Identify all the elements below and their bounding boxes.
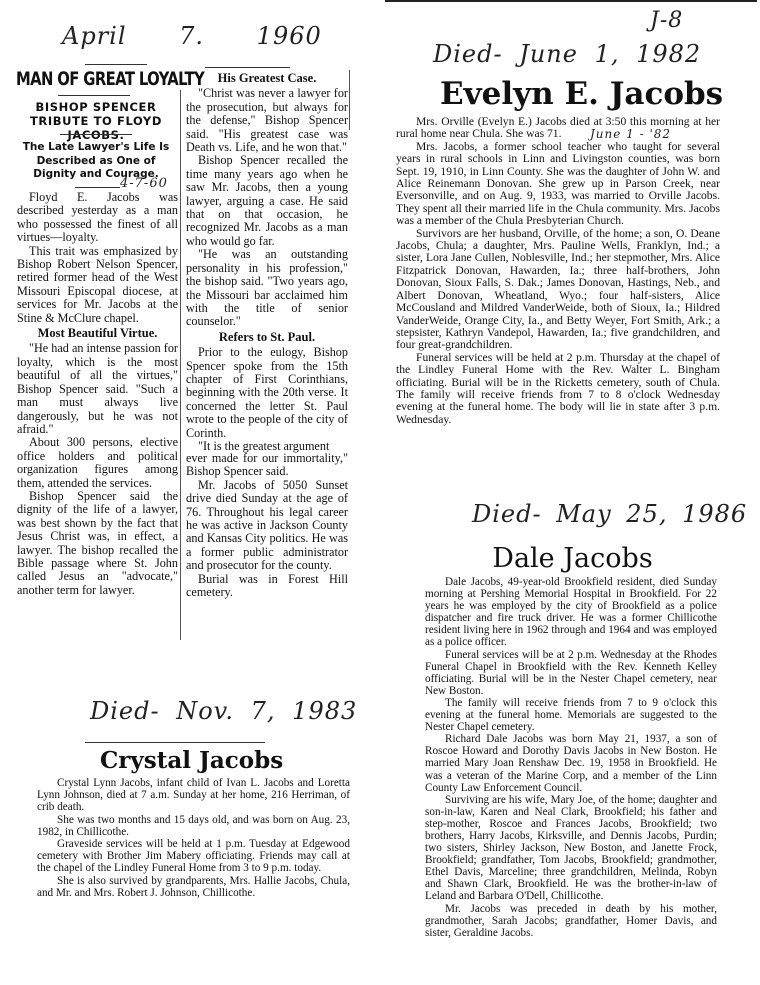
- handwritten-date: Died- May 25, 1986: [472, 500, 747, 528]
- paragraph: Funeral services will be held at 2 p.m. …: [396, 352, 720, 426]
- paragraph: She is also survived by grandparents, Mr…: [37, 875, 350, 899]
- paragraph: Crystal Lynn Jacobs, infant child of Iva…: [37, 777, 350, 814]
- article-body: Mrs. Orville (Evelyn E.) Jacobs died at …: [396, 116, 720, 426]
- headline: Dale Jacobs: [480, 543, 665, 575]
- subheading: Most Beautiful Virtue.: [17, 327, 178, 340]
- article-body: Dale Jacobs, 49-year-old Brookfield resi…: [425, 576, 717, 939]
- paragraph: Bishop Spencer recalled the time many ye…: [186, 154, 348, 248]
- paragraph: Surviving are his wife, Mary Joe, of the…: [425, 794, 717, 903]
- paragraph: Mr. Jacobs of 5050 Sunset drive died Sun…: [186, 479, 348, 573]
- article-column-1: Floyd E. Jacobs was described yesterday …: [17, 191, 178, 597]
- paragraph: The family will receive friends from 7 t…: [425, 697, 717, 733]
- column-rule: [349, 70, 350, 130]
- paragraph: Graveside services will be held at 1 p.m…: [37, 838, 350, 875]
- divider: [58, 95, 130, 96]
- divider: [205, 67, 290, 68]
- headline: MAN OF GREAT LOYALTY: [16, 68, 204, 90]
- headline: Crystal Jacobs: [100, 747, 280, 775]
- handwritten-date: Died- Nov. 7, 1983: [90, 697, 357, 725]
- paragraph: "Christ was never a lawyer for the prose…: [186, 87, 348, 154]
- article-column-2: His Greatest Case. "Christ was never a l…: [186, 70, 348, 453]
- paragraph: Mr. Jacobs was preceded in death by his …: [425, 903, 717, 939]
- paragraph: Richard Dale Jacobs was born May 21, 193…: [425, 733, 717, 793]
- article-column-2-continued: ever made for our immortality," Bishop S…: [186, 452, 348, 599]
- paragraph: Mrs. Jacobs, a former school teacher who…: [396, 141, 720, 228]
- paragraph: "He was an outstanding personality in hi…: [186, 248, 348, 328]
- subheading: Refers to St. Paul.: [186, 331, 348, 344]
- divider: [75, 187, 120, 188]
- headline: Evelyn E. Jacobs: [440, 76, 680, 112]
- paragraph: Dale Jacobs, 49-year-old Brookfield resi…: [425, 576, 717, 649]
- paragraph: Survivors are her husband, Orville, of t…: [396, 228, 720, 352]
- divider: [85, 742, 265, 743]
- column-rule: [180, 90, 181, 640]
- paragraph: "He had an intense passion for loyalty, …: [17, 342, 178, 436]
- paragraph: Mrs. Orville (Evelyn E.) Jacobs died at …: [396, 116, 720, 141]
- paragraph: This trait was emphasized by Bishop Robe…: [17, 245, 178, 325]
- top-border-rule: [385, 0, 757, 2]
- paragraph: Burial was in Forest Hill cemetery.: [186, 573, 348, 600]
- handwritten-date: Died- June 1, 1982: [433, 40, 701, 68]
- paragraph: Bishop Spencer said the dignity of the l…: [17, 490, 178, 597]
- article-body: Crystal Lynn Jacobs, infant child of Iva…: [37, 777, 350, 899]
- page-code: J-8: [650, 8, 683, 33]
- paragraph: About 300 persons, elective office holde…: [17, 436, 178, 490]
- paragraph: Funeral services will be at 2 p.m. Wedne…: [425, 649, 717, 697]
- paragraph: ever made for our immortality," Bishop S…: [186, 452, 348, 479]
- subheading: His Greatest Case.: [186, 72, 348, 85]
- paragraph: Prior to the eulogy, Bishop Spencer spok…: [186, 346, 348, 440]
- handwritten-margin-date: 4-7-60: [120, 176, 168, 191]
- paragraph: She was two months and 15 days old, and …: [37, 814, 350, 838]
- paragraph: Floyd E. Jacobs was described yesterday …: [17, 191, 178, 245]
- deck-subheadline: BISHOP SPENCER TRIBUTE TO FLOYD JACOBS.: [14, 100, 178, 142]
- divider: [85, 64, 147, 65]
- handwritten-date: April 7. 1960: [62, 22, 322, 50]
- divider: [60, 134, 132, 135]
